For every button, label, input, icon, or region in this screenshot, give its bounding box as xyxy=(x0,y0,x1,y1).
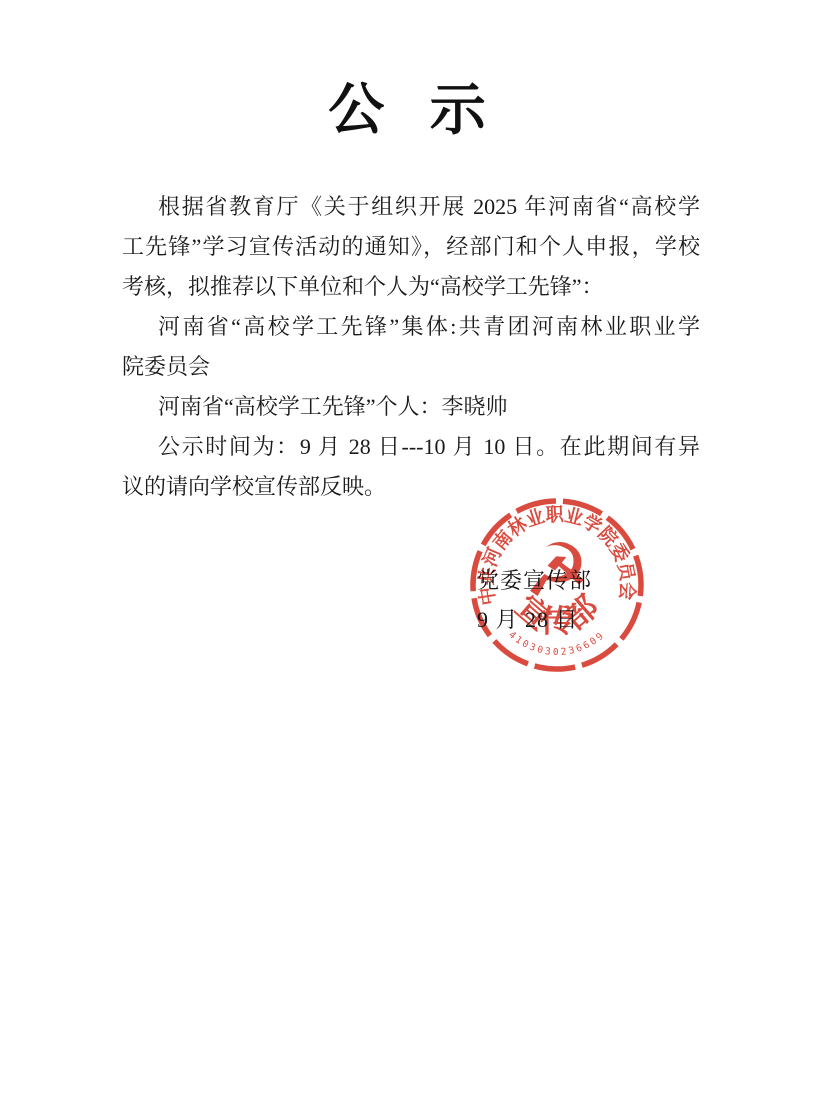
body-line: 河南省“高校学工先锋”个人：李晓帅 xyxy=(122,387,700,427)
signature-date: 9 月 28 日 xyxy=(477,606,579,634)
signature-department: 党委宣传部 xyxy=(477,567,592,595)
notice-page: 公 示 根据省教育厅《关于组织开展 2025 年河南省“高校学工先锋”学习宣传活… xyxy=(0,0,816,1107)
body-text: 根据省教育厅《关于组织开展 2025 年河南省“高校学工先锋”学习宣传活动的通知… xyxy=(122,187,700,507)
body-line: 工先锋”学习宣传活动的通知》，经部门和个人申报，学校 xyxy=(122,227,700,267)
body-line: 河南省“高校学工先锋”集体:共青团河南林业职业学 xyxy=(122,307,700,347)
notice-title: 公 示 xyxy=(0,78,816,142)
body-line: 院委员会 xyxy=(122,347,700,387)
body-line: 考核，拟推荐以下单位和个人为“高校学工先锋”： xyxy=(122,267,700,307)
body-line: 公示时间为：9 月 28 日---10 月 10 日。在此期间有异 xyxy=(122,427,700,467)
body-line: 根据省教育厅《关于组织开展 2025 年河南省“高校学 xyxy=(122,187,700,227)
